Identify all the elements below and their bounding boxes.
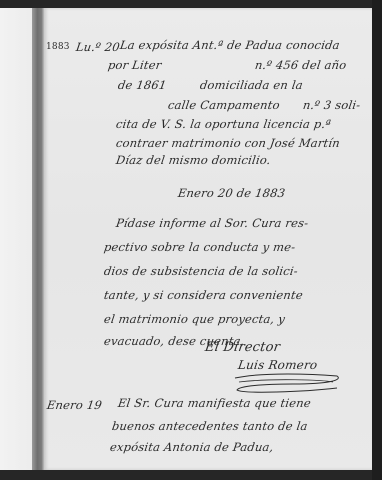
note-date-margin: Enero 19	[46, 398, 103, 412]
entry-line-4: de 1861	[117, 78, 167, 92]
decree-line-4: tante, y si considera conveniente	[103, 288, 304, 302]
entry-line-2: por Liter	[107, 58, 162, 72]
decree-line-3: dios de subsistencia de la solici-	[103, 264, 299, 278]
entry-line-7: n.º 3 soli-	[302, 98, 361, 112]
decree-closing: El Director	[204, 340, 281, 355]
entry-number: Lu.º 20	[75, 40, 121, 54]
note-line-1: El Sr. Cura manifiesta que tiene	[117, 396, 312, 410]
entry-line-6: calle Campamento	[167, 98, 281, 112]
decree-line-5: el matrimonio que proyecta, y	[103, 312, 286, 326]
year-margin: 1883	[46, 42, 70, 52]
date-line: Enero 20 de 1883	[177, 186, 286, 200]
entry-line-8: cita de V. S. la oportuna licencia p.ª	[115, 117, 332, 131]
signature-flourish-icon	[233, 370, 343, 396]
entry-line-9: contraer matrimonio con José Martín	[115, 136, 341, 150]
entry-line-3: n.º 456 del año	[254, 58, 347, 72]
entry-line-1: La expósita Ant.ª de Padua conocida	[119, 38, 341, 52]
entry-line-5: domiciliada en la	[199, 78, 304, 92]
binding-gutter	[32, 8, 44, 470]
decree-line-1: Pídase informe al Sor. Cura res-	[115, 216, 309, 230]
entry-line-10: Díaz del mismo domicilio.	[115, 153, 272, 167]
note-line-2: buenos antecedentes tanto de la	[111, 419, 309, 433]
adjacent-page-edge	[0, 8, 34, 470]
scan-right-border	[372, 0, 382, 480]
decree-line-2: pectivo sobre la conducta y me-	[103, 240, 296, 254]
note-line-3: expósita Antonia de Padua,	[109, 440, 274, 454]
